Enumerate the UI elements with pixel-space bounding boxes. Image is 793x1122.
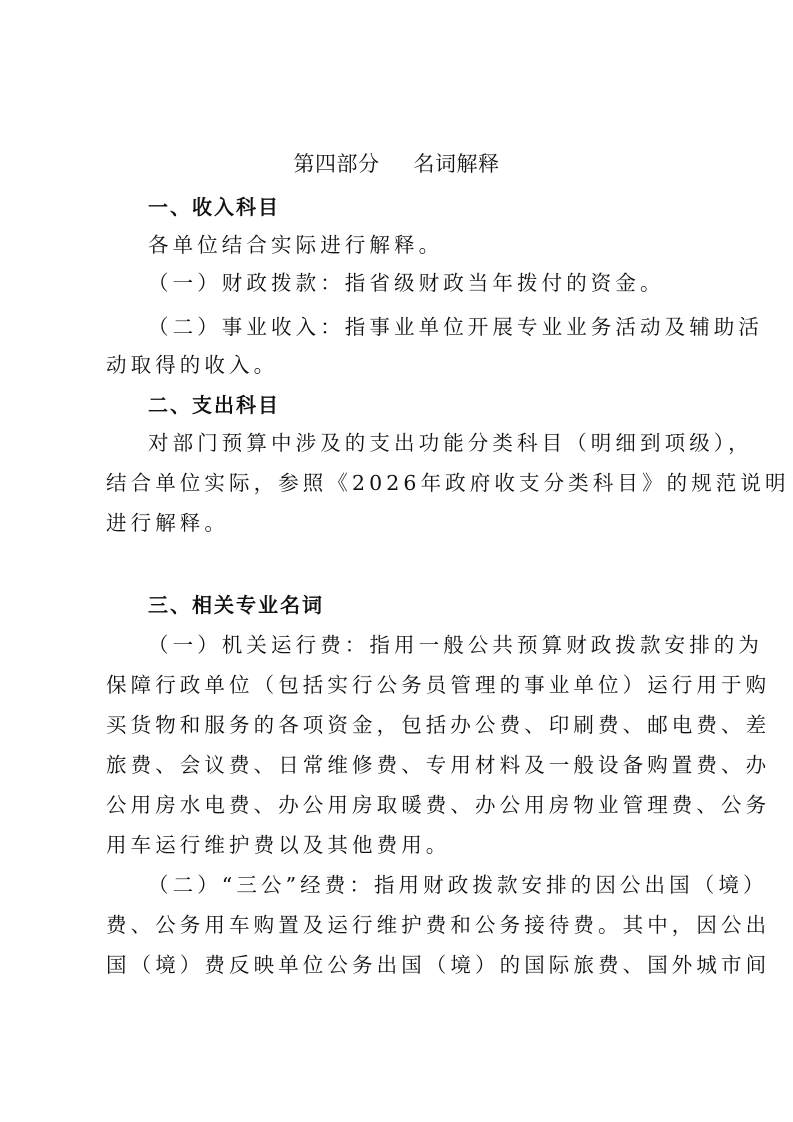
paragraph-line: 动取得的收入。 xyxy=(106,352,690,378)
paragraph-line: （一）财政拨款：指省级财政当年拨付的资金。 xyxy=(148,270,732,296)
paragraph-line: 买货物和服务的各项资金，包括办公费、印刷费、邮电费、差 xyxy=(106,712,690,738)
section-heading-expenditure: 二、支出科目 xyxy=(148,392,280,418)
paragraph-line: 进行解释。 xyxy=(106,510,690,536)
paragraph-line: 国（境）费反映单位公务出国（境）的国际旅费、国外城市间 xyxy=(106,952,690,978)
title-part: 第四部分 xyxy=(294,152,380,176)
section-heading-income: 一、收入科目 xyxy=(148,194,280,220)
paragraph-line: （一）机关运行费：指用一般公共预算财政拨款安排的为 xyxy=(148,632,690,658)
paragraph-line: 费、公务用车购置及运行维护费和公务接待费。其中，因公出 xyxy=(106,912,690,938)
paragraph-line: （二）“三公”经费：指用财政拨款安排的因公出国（境） xyxy=(148,872,690,898)
document-page: 第四部分名词解释 一、收入科目 各单位结合实际进行解释。 （一）财政拨款：指省级… xyxy=(0,0,793,1122)
paragraph-line: 旅费、会议费、日常维修费、专用材料及一般设备购置费、办 xyxy=(106,752,690,778)
page-title: 第四部分名词解释 xyxy=(0,150,793,178)
paragraph-line: 各单位结合实际进行解释。 xyxy=(148,232,732,258)
paragraph-line: 对部门预算中涉及的支出功能分类科目（明细到项级）， xyxy=(148,430,690,456)
paragraph-line: 保障行政单位（包括实行公务员管理的事业单位）运行用于购 xyxy=(106,672,690,698)
paragraph-line: 用车运行维护费以及其他费用。 xyxy=(106,832,690,858)
section-heading-terms: 三、相关专业名词 xyxy=(148,592,324,618)
paragraph-line: 公用房水电费、办公用房取暖费、办公用房物业管理费、公务 xyxy=(106,792,690,818)
title-name: 名词解释 xyxy=(414,152,500,176)
paragraph-line: （二）事业收入：指事业单位开展专业业务活动及辅助活 xyxy=(148,314,690,340)
paragraph-line: 结合单位实际，参照《2026年政府收支分类科目》的规范说明 xyxy=(106,470,690,496)
